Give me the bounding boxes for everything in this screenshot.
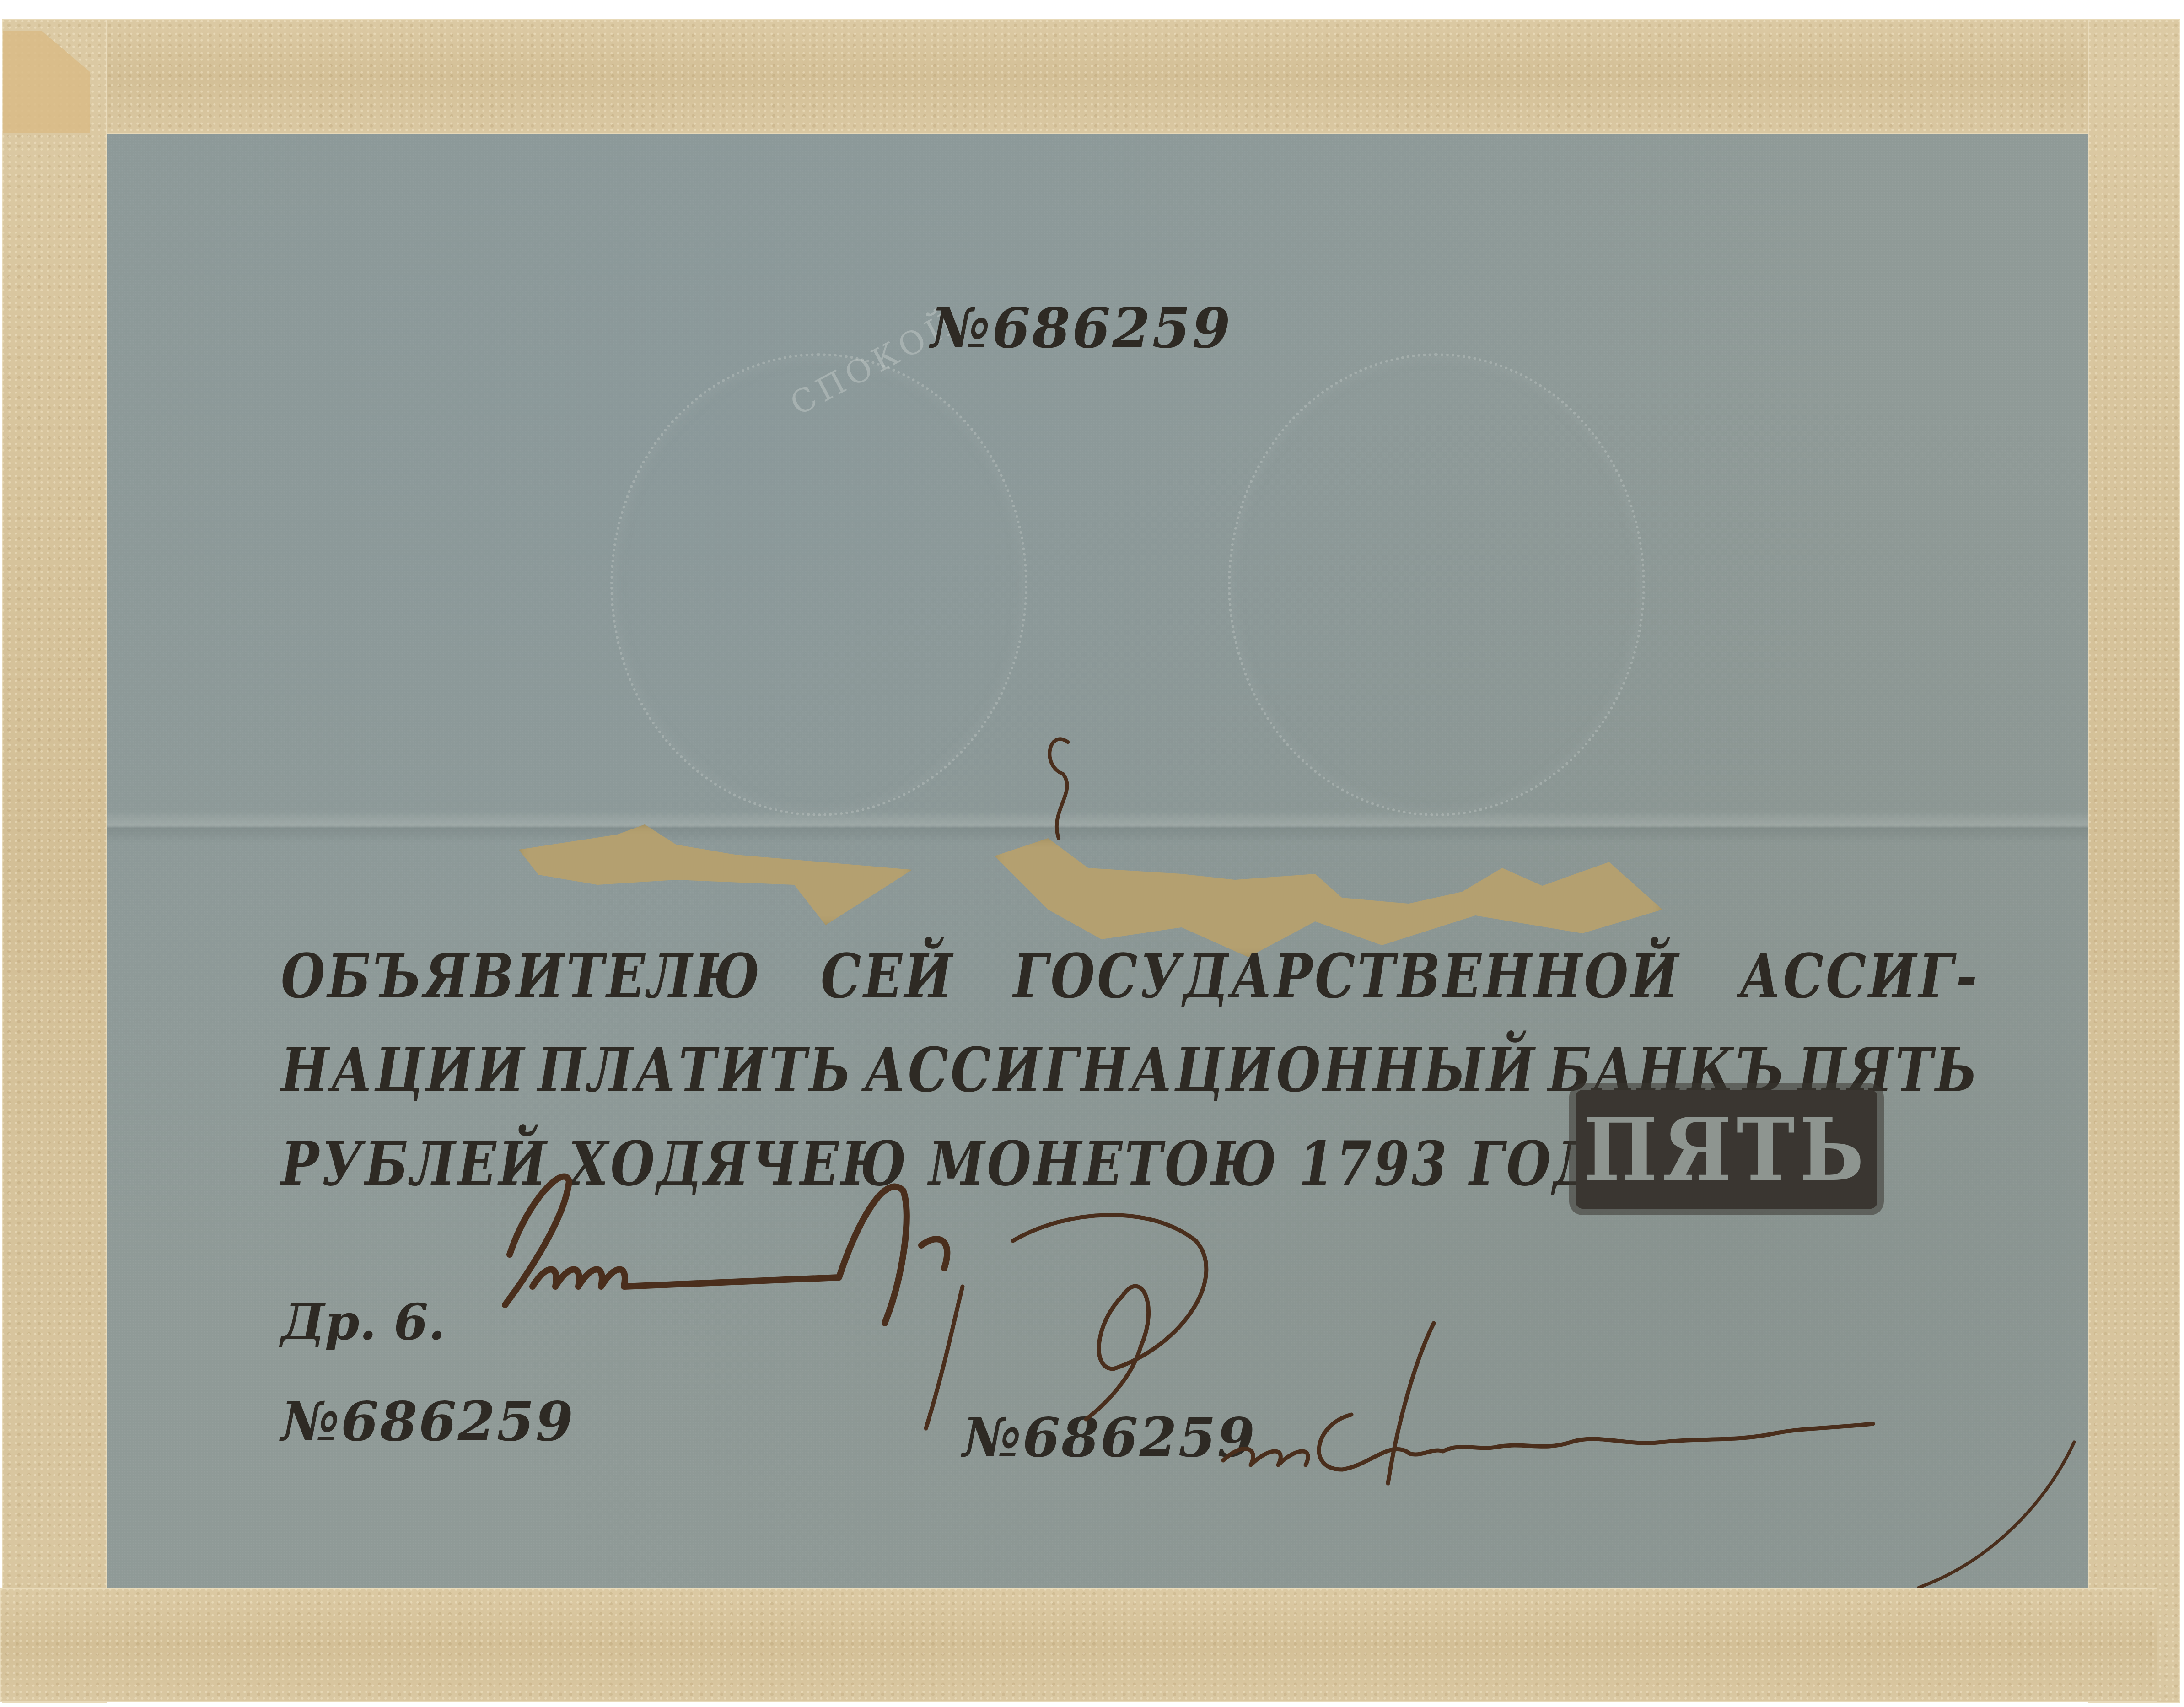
signature-2 [926, 1215, 1206, 1428]
banknote: СПОКОЙ №686259 Объявителю сей государств… [107, 134, 2088, 1588]
fold-crease [107, 811, 2088, 843]
mounting-tape-top [2, 19, 2179, 134]
word: государственной [1013, 930, 1681, 1023]
word: нации [281, 1023, 527, 1117]
mounting-tape-right [2088, 19, 2180, 1703]
pen-stroke-right-edge [1919, 1442, 2074, 1588]
word: ассиг- [1739, 930, 1979, 1023]
word: платить [538, 1023, 853, 1117]
denomination-stamp: ПЯТЬ [1576, 1090, 1877, 1209]
word: ассигнационный [864, 1023, 1537, 1117]
obligation-line-3: рублей ходячею монетою 1793 года. [281, 1117, 1711, 1211]
signature-3 [1223, 1323, 1873, 1483]
word: Объявителю [281, 930, 762, 1023]
serial-number-bottom-center: №686259 [963, 1405, 1256, 1469]
serial-number-top: №686259 [931, 296, 1232, 361]
embossed-seal-right [1228, 353, 1645, 816]
mounting-tape-left [2, 19, 107, 1703]
word: сей [821, 930, 955, 1023]
obligation-line-1: Объявителю сей государственной ассиг- [281, 930, 1980, 1023]
embossed-seal-left [610, 353, 1027, 816]
denomination-stamp-text: ПЯТЬ [1584, 1099, 1869, 1201]
mounting-tape-bottom [0, 1588, 2157, 1702]
serial-number-bottom-left: №686259 [281, 1389, 575, 1453]
series-mark: Др. 6. [281, 1293, 446, 1351]
mounting-frame: СПОКОЙ №686259 Объявителю сей государств… [0, 0, 2184, 1707]
obligation-line-3-text: рублей ходячею монетою 1793 года. [281, 1129, 1664, 1200]
